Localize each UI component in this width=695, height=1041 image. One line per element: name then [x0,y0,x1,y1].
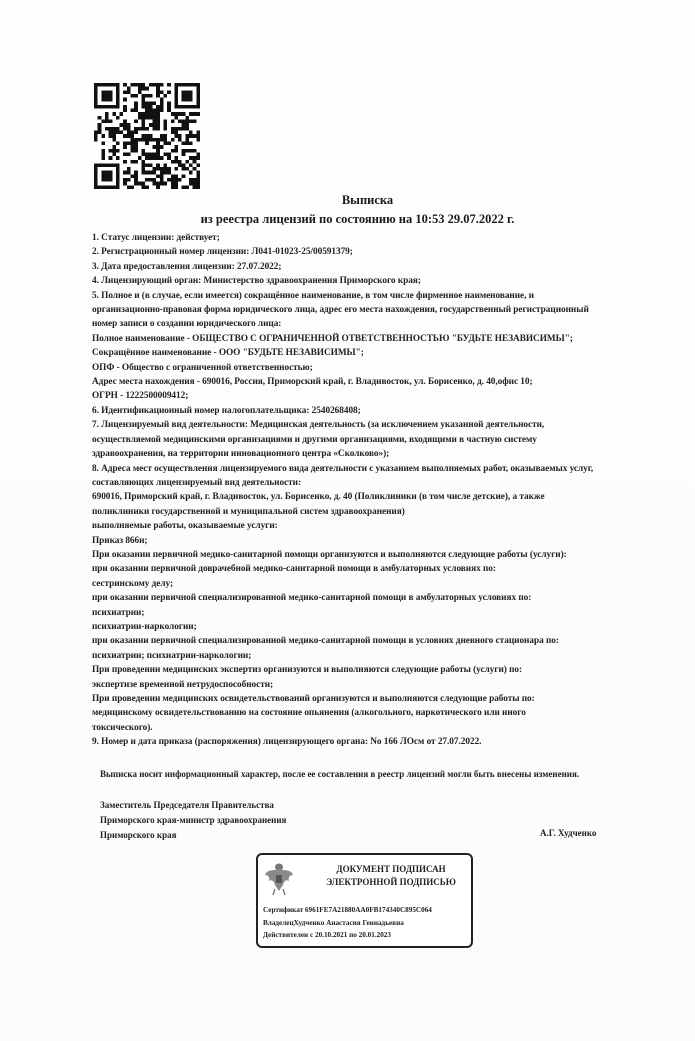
service-line: при оказании первичной специализированно… [92,591,632,605]
informational-note: Выписка носит информационный характер, п… [100,769,579,779]
service-line: при оказании первичной специализированно… [92,634,632,648]
signer-position: Заместитель Председателя Правительства П… [100,798,286,843]
electronic-signature-stamp: ДОКУМЕНТ ПОДПИСАН ЭЛЕКТРОННОЙ ПОДПИСЬЮ С… [256,853,473,948]
document-title: Выписка из реестра лицензий по состоянию… [0,193,695,227]
signer-name: А.Г. Худченко [540,828,596,838]
stamp-heading-line: ЭЛЕКТРОННОЙ ПОДПИСЬЮ [316,876,466,889]
service-line: психиатрии; психиатрии-наркологии; [92,649,632,663]
signer-position-line: Заместитель Председателя Правительства [100,798,286,813]
document-page: Выписка из реестра лицензий по состоянию… [0,0,695,1041]
license-reg-number: 2. Регистрационный номер лицензии: Л041-… [92,245,632,259]
org-address: Адрес места нахождения - 690016, Россия,… [92,375,632,389]
stamp-info: Сертификат 6961FE7A21880AA0FB174340C895C… [263,904,432,942]
org-short-name: Сокращённое наименование - ООО "БУДЬТЕ Н… [92,346,632,360]
place-address-line: поликлиники государственной и муниципаль… [92,505,632,519]
coat-of-arms-icon [264,861,294,897]
activity-line: осуществляемой медицинскими организациям… [92,433,632,447]
license-status: 1. Статус лицензии: действует; [92,231,632,245]
service-line: при оказании первичной доврачебной медик… [92,562,632,576]
license-issue-date: 3. Дата предоставления лицензии: 27.07.2… [92,260,632,274]
activity-line: здравоохранения, на территории инновацио… [92,447,632,461]
service-line: сестринскому делу; [92,577,632,591]
stamp-heading-line: ДОКУМЕНТ ПОДПИСАН [316,863,466,876]
signer-position-line: Приморского края-министр здравоохранения [100,813,286,828]
name-heading-line: номер записи о создании юридического лиц… [92,317,632,331]
stamp-certificate: Сертификат 6961FE7A21880AA0FB174340C895C… [263,904,432,917]
signer-position-line: Приморского края [100,828,286,843]
service-line: психиатрии; [92,606,632,620]
stamp-owner: ВладелецХудченко Анастасия Геннадьевна [263,917,432,930]
name-heading-line: организационно-правовая форма юридическо… [92,303,632,317]
service-line: экспертизе временной нетрудоспособности; [92,678,632,692]
works-label: выполняемые работы, оказываемые услуги: [92,519,632,533]
activity-line: 7. Лицензируемый вид деятельности: Медиц… [92,418,632,432]
org-ogrn: ОГРН - 1222500009412; [92,389,632,403]
org-opf: ОПФ - Общество с ограниченной ответствен… [92,361,632,375]
stamp-validity: Действителен с 20.10.2021 по 20.01.2023 [263,929,432,942]
places-heading-line: 8. Адреса мест осуществления лицензируем… [92,462,632,476]
service-line: При оказании первичной медико-санитарной… [92,548,632,562]
org-inn: 6. Идентификационный номер налогоплатель… [92,404,632,418]
service-line: психиатрии-наркологии; [92,620,632,634]
place-address-line: 690016, Приморский край, г. Владивосток,… [92,490,632,504]
extract-body: 1. Статус лицензии: действует; 2. Регист… [92,231,632,750]
org-full-name: Полное наименование - ОБЩЕСТВО С ОГРАНИЧ… [92,332,632,346]
service-line: токсического). [92,721,632,735]
service-line: медицинскому освидетельствованию на сост… [92,706,632,720]
service-line: При проведении медицинских экспертиз орг… [92,663,632,677]
places-heading-line: составляющих лицензируемый вид деятельно… [92,476,632,490]
title-main: Выписка [40,193,695,208]
order-number: 9. Номер и дата приказа (распоряжения) л… [92,735,632,749]
stamp-heading: ДОКУМЕНТ ПОДПИСАН ЭЛЕКТРОННОЙ ПОДПИСЬЮ [316,863,466,888]
licensing-authority: 4. Лицензирующий орган: Министерство здр… [92,274,632,288]
title-subtitle: из реестра лицензий по состоянию на 10:5… [20,212,695,227]
service-line: Приказ 866н; [92,534,632,548]
qr-code-icon[interactable] [94,82,200,190]
name-heading-line: 5. Полное и (в случае, если имеется) сок… [92,289,632,303]
service-line: При проведении медицинских освидетельств… [92,692,632,706]
